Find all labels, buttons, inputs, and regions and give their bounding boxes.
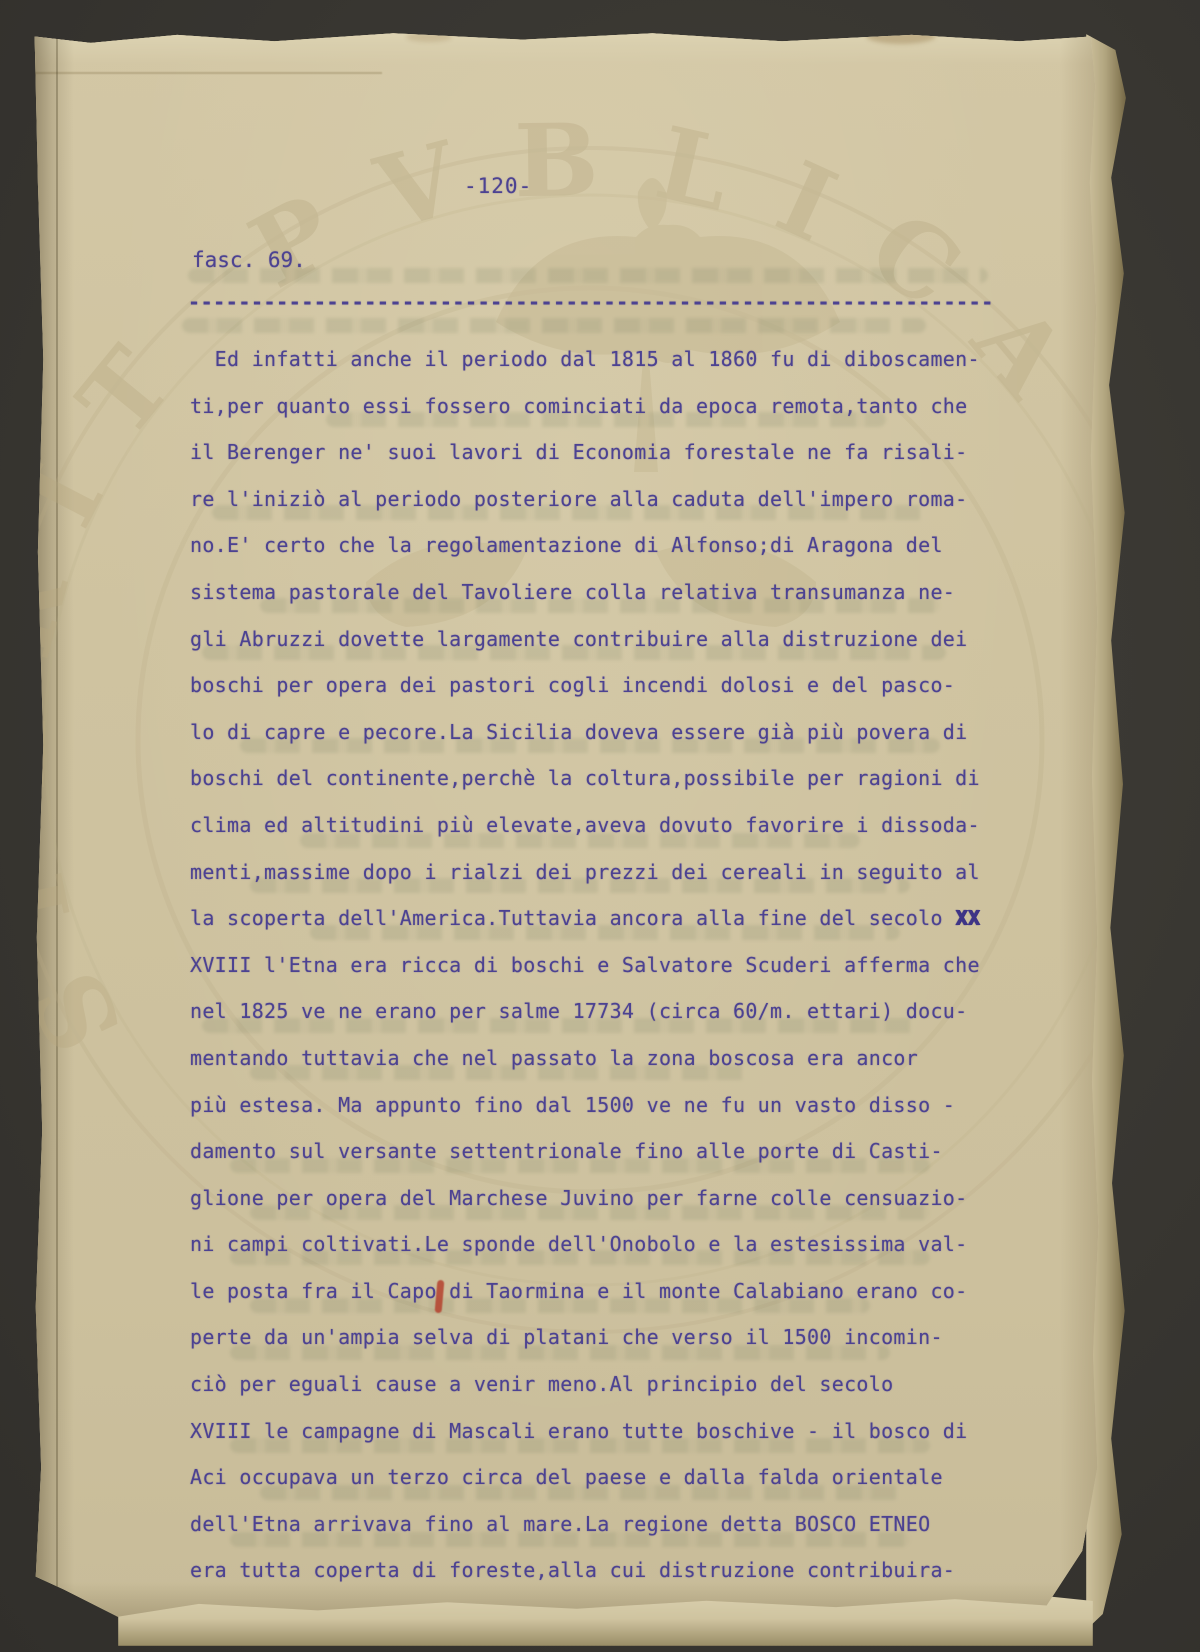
page-number: -120- bbox=[464, 174, 532, 198]
typewritten-body: Ed infatti anche il periodo dal 1815 al … bbox=[190, 336, 1020, 1594]
text-line: damento sul versante settentrionale fino… bbox=[190, 1128, 1020, 1175]
text-line: XVIII l'Etna era ricca di boschi e Salva… bbox=[190, 942, 1020, 989]
text-line: ciò per eguali cause a venir meno.Al pri… bbox=[190, 1361, 1020, 1408]
text-line: re l'iniziò al periodo posteriore alla c… bbox=[190, 476, 1020, 523]
text-line: boschi per opera dei pastori cogli incen… bbox=[190, 662, 1020, 709]
text-line: il Berenger ne' suoi lavori di Economia … bbox=[190, 429, 1020, 476]
text-line: perte da un'ampia selva di platani che v… bbox=[190, 1314, 1020, 1361]
document-page: SPERIT PVBLICA -120- fasc. 69. ---- bbox=[26, 22, 1106, 1628]
text-line: le posta fra il Capo di Taormina e il mo… bbox=[190, 1268, 1020, 1315]
text-line: mentando tuttavia che nel passato la zon… bbox=[190, 1035, 1020, 1082]
text-line: ni campi coltivati.Le sponde dell'Onobol… bbox=[190, 1221, 1020, 1268]
separator-line: ----------------------------------------… bbox=[188, 290, 994, 314]
text-line: ti,per quanto essi fossero cominciati da… bbox=[190, 383, 1020, 430]
text-line: no.E' certo che la regolamentazione di A… bbox=[190, 522, 1020, 569]
scanned-document-screenshot: { "document": { "page_number": "-120-", … bbox=[0, 0, 1200, 1652]
text-line: XVIII le campagne di Mascali erano tutte… bbox=[190, 1408, 1020, 1455]
text-line: menti,massime dopo i rialzi dei prezzi d… bbox=[190, 849, 1020, 896]
text-line: glione per opera del Marchese Juvino per… bbox=[190, 1175, 1020, 1222]
fascicle-label: fasc. 69. bbox=[192, 248, 306, 272]
text-line: clima ed altitudini più elevate,aveva do… bbox=[190, 802, 1020, 849]
text-line: Aci occupava un terzo circa del paese e … bbox=[190, 1454, 1020, 1501]
text-line: dell'Etna arrivava fino al mare.La regio… bbox=[190, 1501, 1020, 1548]
text-line: Ed infatti anche il periodo dal 1815 al … bbox=[190, 336, 1020, 383]
text-line: sistema pastorale del Tavoliere colla re… bbox=[190, 569, 1020, 616]
text-line: era tutta coperta di foreste,alla cui di… bbox=[190, 1547, 1020, 1594]
text-line: più estesa. Ma appunto fino dal 1500 ve … bbox=[190, 1082, 1020, 1129]
text-line: nel 1825 ve ne erano per salme 17734 (ci… bbox=[190, 988, 1020, 1035]
text-line: gli Abruzzi dovette largamente contribui… bbox=[190, 616, 1020, 663]
text-line: la scoperta dell'America.Tuttavia ancora… bbox=[190, 895, 1020, 942]
text-line: boschi del continente,perchè la coltura,… bbox=[190, 755, 1020, 802]
overstruck-text: XX bbox=[955, 906, 980, 930]
typescript-content: -120- fasc. 69. ------------------------… bbox=[26, 22, 1106, 1628]
text-line: lo di capre e pecore.La Sicilia doveva e… bbox=[190, 709, 1020, 756]
